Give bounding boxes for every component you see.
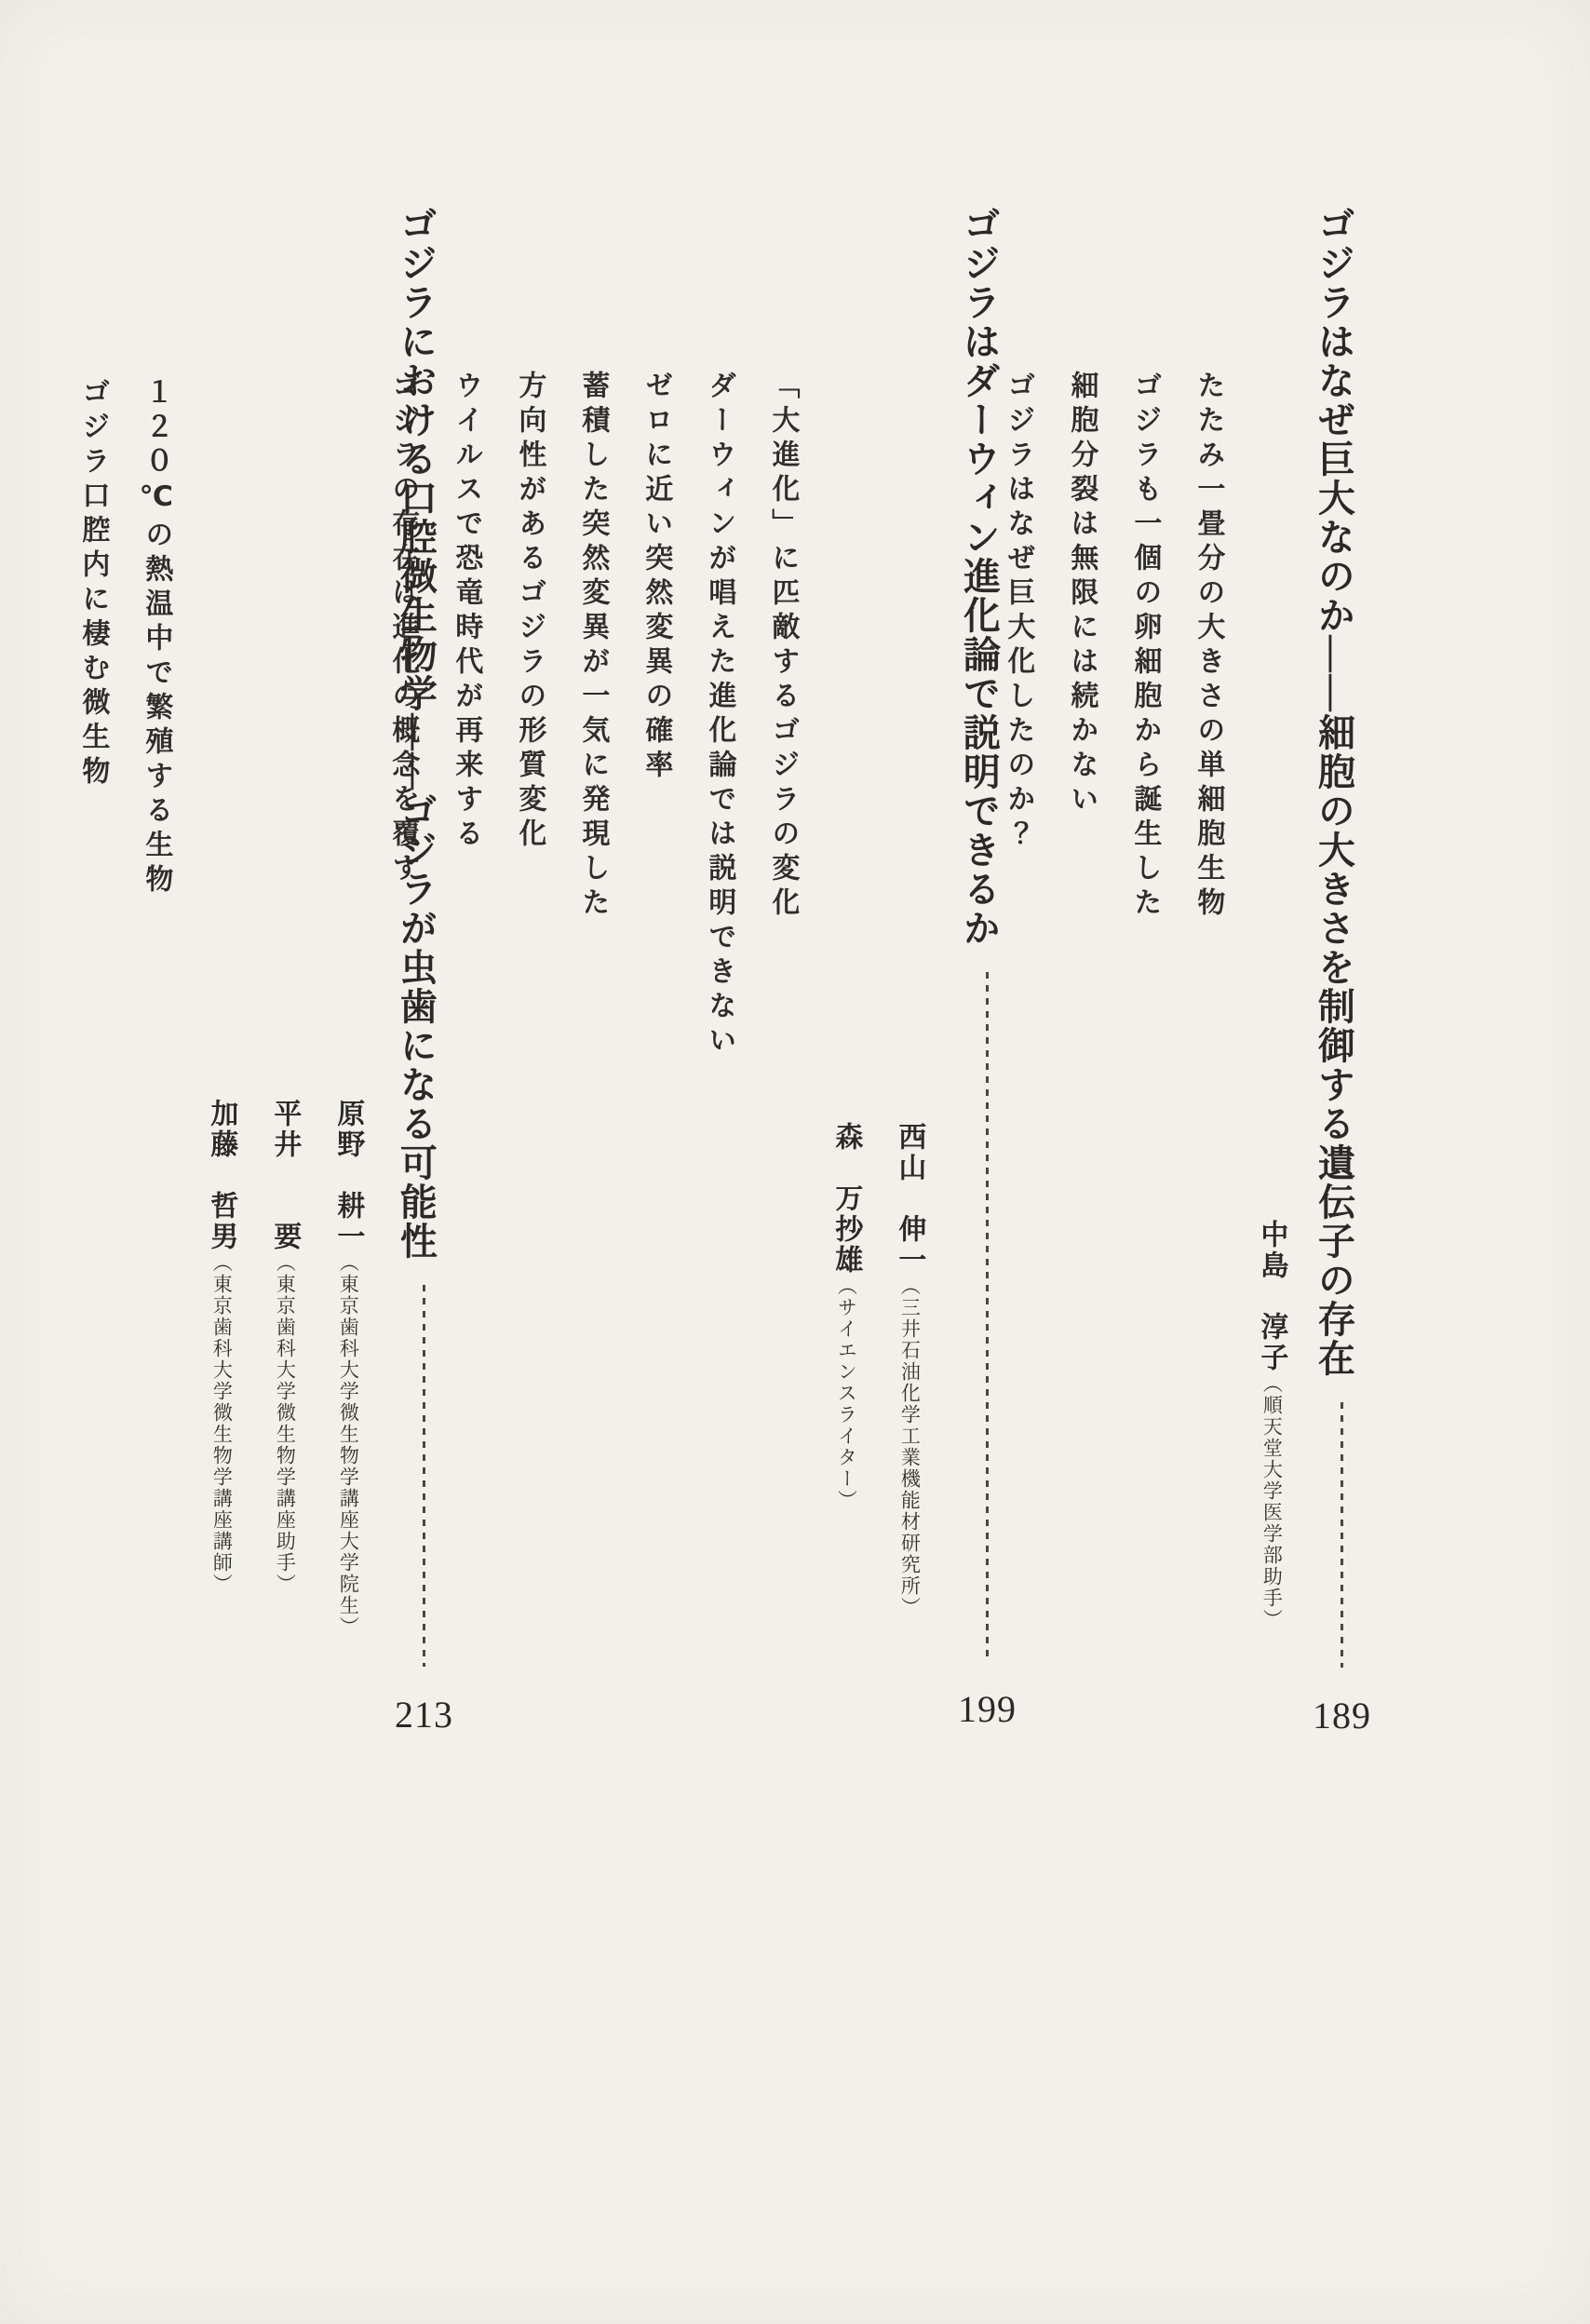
- dotted-leader: [986, 972, 989, 1661]
- author-affiliation: （三井石油化学工業機能材研究所）: [898, 1276, 920, 1618]
- subtitle-line: ゴジラも一個の卵細胞から誕生した: [1124, 205, 1165, 1713]
- entry-authors: 中島 淳子（順天堂大学医学部助手）: [1250, 205, 1291, 1713]
- author-affiliation: （東京歯科大学微生物学講座大学院生）: [337, 1252, 358, 1638]
- subtitle-line: 蓄積した突然変異が一気に発現した: [572, 205, 613, 1713]
- author-name: 原野 耕一: [332, 1099, 363, 1252]
- author-name: 加藤 哲男: [206, 1099, 236, 1252]
- subtitle-line: ダーウィンが唱えた進化論では説明できない: [698, 205, 739, 1713]
- author: 平井 要（東京歯科大学微生物学講座助手）: [263, 205, 304, 1713]
- author: 西山 伸一（三井石油化学工業機能材研究所）: [888, 205, 929, 1713]
- subtitle-line: たたみ一畳分の大きさの単細胞生物: [1187, 205, 1228, 1713]
- author-affiliation: （東京歯科大学微生物学講座助手）: [274, 1252, 295, 1595]
- toc-entry-godzilla-giant-genes: ゴジラはなぜ巨大なのか――細胞の大きさを制御する遺伝子の存在 189 中島 淳子…: [975, 205, 1371, 1713]
- author-name: 森 万抄雄: [830, 1122, 861, 1276]
- dotted-leader: [423, 1285, 425, 1667]
- entry-page-number: 213: [395, 1693, 453, 1736]
- entry-title: ゴジラはなぜ巨大なのか――細胞の大きさを制御する遺伝子の存在: [1313, 205, 1354, 1378]
- author: 中島 淳子（順天堂大学医学部助手）: [1250, 205, 1291, 1713]
- toc-entry-godzilla-darwin-evolution: ゴジラはダーウィン進化論で説明できるか 199 西山 伸一（三井石油化学工業機能…: [359, 205, 1017, 1713]
- entry-title-line: ゴジラはなぜ巨大なのか――細胞の大きさを制御する遺伝子の存在 189: [1307, 205, 1371, 1713]
- entry-authors: 原野 耕一（東京歯科大学微生物学講座大学院生） 平井 要（東京歯科大学微生物学講…: [200, 205, 368, 1713]
- subtitle-line: ゴジラ口腔内に棲む微生物: [72, 205, 113, 1713]
- entry-title: ゴジラはダーウィン進化論で説明できるか: [958, 205, 1000, 948]
- subtitle-line: 方向性があるゴジラの形質変化: [508, 205, 549, 1713]
- entry-subtitles: たたみ一畳分の大きさの単細胞生物 ゴジラも一個の卵細胞から誕生した 細胞分裂は無…: [997, 205, 1228, 1713]
- author-affiliation: （順天堂大学医学部助手）: [1260, 1373, 1282, 1630]
- toc-entry-godzilla-oral-microbiology: ゴジラにおける口腔微生物学――ゴジラが虫歯になる可能性 213 原野 耕一（東京…: [49, 205, 453, 1713]
- author: 加藤 哲男（東京歯科大学微生物学講座講師）: [200, 205, 241, 1713]
- author-affiliation: （サイエンスライター）: [835, 1276, 856, 1511]
- subtitle-line: 「大進化」に匹敵するゴジラの変化: [761, 205, 802, 1713]
- author-name: 中島 淳子: [1256, 1220, 1287, 1373]
- entry-subtitles: １２０℃の熱温中で繁殖する生物 ゴジラ口腔内に棲む微生物: [72, 205, 176, 1713]
- subtitle-line: 細胞分裂は無限には続かない: [1060, 205, 1101, 1713]
- author-name: 西山 伸一: [894, 1122, 924, 1276]
- entry-title: ゴジラにおける口腔微生物学――ゴジラが虫歯になる可能性: [395, 205, 437, 1261]
- entry-page-number: 189: [1313, 1694, 1371, 1737]
- scanned-toc-page: ゴジラはなぜ巨大なのか――細胞の大きさを制御する遺伝子の存在 189 中島 淳子…: [0, 0, 1590, 2324]
- author: 森 万抄雄（サイエンスライター）: [825, 205, 866, 1713]
- author-affiliation: （東京歯科大学微生物学講座講師）: [210, 1252, 232, 1595]
- author-name: 平井 要: [269, 1099, 300, 1252]
- entry-page-number: 199: [958, 1687, 1017, 1731]
- entry-authors: 西山 伸一（三井石油化学工業機能材研究所） 森 万抄雄（サイエンスライター）: [825, 205, 929, 1713]
- subtitle-line: ゼロに近い突然変異の確率: [635, 205, 676, 1713]
- dotted-leader: [1341, 1402, 1343, 1668]
- author: 原野 耕一（東京歯科大学微生物学講座大学院生）: [327, 205, 368, 1713]
- subtitle-line: １２０℃の熱温中で繁殖する生物: [135, 205, 176, 1713]
- entry-title-line: ゴジラにおける口腔微生物学――ゴジラが虫歯になる可能性 213: [389, 205, 453, 1713]
- entry-title-line: ゴジラはダーウィン進化論で説明できるか 199: [952, 205, 1017, 1713]
